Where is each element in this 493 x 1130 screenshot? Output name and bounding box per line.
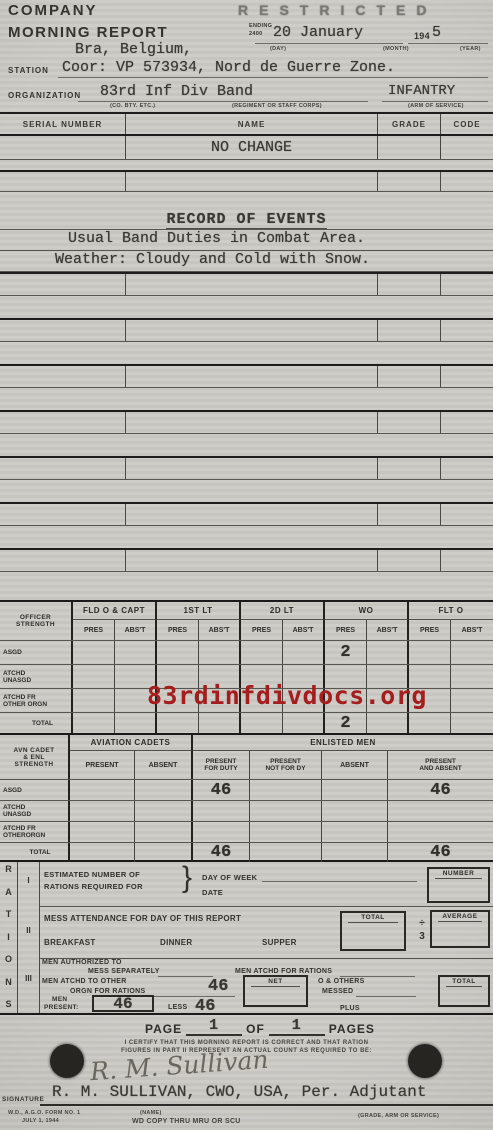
column-tick [377, 504, 378, 525]
enlisted-table-header: AVN CADET & ENL STRENGTH AVIATION CADETS… [0, 735, 493, 779]
serial-cell [0, 136, 125, 159]
part-i-numeral: I [18, 876, 39, 885]
form-title-line2: MORNING REPORT [8, 24, 168, 41]
sub-year: (YEAR) [460, 46, 481, 52]
cell [199, 713, 241, 733]
code-cell [440, 136, 493, 159]
cell [135, 780, 193, 800]
mess-separately-label: MESS SEPARATELY [88, 968, 160, 975]
supper-label: SUPPER [262, 938, 297, 947]
officer-table-header: OFFICER STRENGTH FLD O & CAPT 1ST LT 2D … [0, 602, 493, 640]
column-tick [125, 320, 126, 341]
subheader-pres: PRES [73, 620, 115, 640]
subheader-pres: PRES [325, 620, 367, 640]
organization-arm: INFANTRY [388, 83, 455, 99]
messed-line [356, 996, 416, 997]
date-underline [255, 43, 403, 44]
cell [250, 780, 322, 800]
enlisted-row-atchd-unasgd: ATCHD UNASGD [0, 800, 493, 821]
events-title: RECORD OF EVENTS [166, 211, 326, 229]
men-present-box: 46 [92, 995, 154, 1012]
column-tick [440, 504, 441, 525]
vletter: T [6, 909, 12, 919]
events-title-row: RECORD OF EVENTS [0, 210, 493, 230]
cell [241, 641, 283, 664]
atchd-other-value: 46 [208, 977, 228, 996]
cell: 2 [325, 713, 367, 733]
cell [135, 843, 193, 862]
form-number-line-2: JULY 1, 1944 [22, 1118, 59, 1124]
number-box: NUMBER [427, 867, 490, 903]
subheader-abst: ABS'T [199, 620, 241, 640]
ending-time: 2400 [249, 31, 262, 37]
column-tick [125, 458, 126, 479]
blank-events-row [0, 548, 493, 594]
part-iii-numeral: III [18, 974, 39, 983]
signature-line [40, 1104, 493, 1106]
rations-section: R A T I O N S I II III ESTIMATED NUMBER … [0, 862, 493, 1015]
column-tick [125, 412, 126, 433]
sub-day: (DAY) [270, 46, 286, 52]
blank-roster-row [0, 170, 493, 192]
atchd-rations-line [340, 976, 415, 977]
men-atchd-other-label-1: MEN ATCHD TO OTHER [42, 978, 127, 985]
station-value: Coor: VP 573934, Nord de Guerre Zone. [62, 59, 395, 76]
cell [367, 641, 409, 664]
net-box: NET [243, 975, 308, 1007]
location-value: Bra, Belgium, [75, 41, 192, 58]
present-label: PRESENT: [44, 1004, 79, 1011]
cell [451, 641, 493, 664]
cell [388, 801, 493, 821]
cell [115, 713, 157, 733]
column-tick [440, 274, 441, 295]
page-label: PAGE [145, 1022, 182, 1036]
cell [451, 665, 493, 688]
men-label: MEN [52, 996, 67, 1003]
column-tick [377, 550, 378, 571]
row-label: ASGD [0, 780, 70, 800]
cell [451, 713, 493, 733]
pages-label: PAGES [329, 1022, 375, 1036]
watermark: 83rdinfdivdocs.org [147, 681, 427, 710]
blank-row-inner [0, 274, 493, 296]
blank-events-row [0, 318, 493, 364]
cell [73, 665, 115, 688]
divisor: 3 [416, 930, 428, 943]
cell [157, 641, 199, 664]
day-of-week-line [262, 881, 417, 882]
column-tick [125, 366, 126, 387]
cell [70, 843, 135, 862]
enlisted-row-total: TOTAL 4646 [0, 842, 493, 860]
cell [283, 713, 325, 733]
blank-row-inner [0, 550, 493, 572]
cell [199, 641, 241, 664]
average-box: AVERAGE [430, 910, 490, 948]
cell [70, 822, 135, 842]
organization-label: ORGANIZATION [8, 91, 81, 100]
subheader-pres: PRES [241, 620, 283, 640]
atchd-other-line [140, 996, 235, 997]
cell [250, 801, 322, 821]
cell [250, 843, 322, 862]
officer-corner-label: OFFICER STRENGTH [0, 602, 73, 640]
subheader-pres: PRES [157, 620, 199, 640]
copy-note: WD COPY THRU MRU OR SCU [132, 1118, 241, 1125]
form-header: COMPANY RESTRICTED MORNING REPORT ENDING… [0, 0, 493, 112]
cell [409, 641, 451, 664]
events-line-1: Usual Band Duties in Combat Area. [0, 230, 493, 251]
cell: 46 [388, 780, 493, 800]
enlisted-row-asgd: ASGD 4646 [0, 779, 493, 800]
cell [73, 689, 115, 712]
blank-events-row [0, 272, 493, 318]
cell [241, 713, 283, 733]
enlisted-row-atchd-fr-other: ATCHD FR OTHERORGN [0, 821, 493, 842]
classification-stamp: RESTRICTED [238, 2, 437, 18]
subheader-abst: ABS'T [367, 620, 409, 640]
year-printed: 194 [414, 31, 430, 41]
rations-part-3: MEN AUTHORIZED TO MESS SEPARATELY MEN AT… [40, 959, 493, 1013]
grade-cell [377, 136, 440, 159]
ending-label: ENDING [249, 23, 272, 29]
cell [193, 801, 250, 821]
column-tick [125, 274, 126, 295]
column-tick [440, 412, 441, 433]
col-name: NAME [125, 114, 377, 134]
row-label: ATCHD UNASGD [0, 801, 70, 821]
column-tick [377, 172, 378, 191]
record-of-events-section: RECORD OF EVENTS Usual Band Duties in Co… [0, 210, 493, 600]
cell [73, 713, 115, 733]
cell [115, 641, 157, 664]
year-typed: 5 [432, 24, 441, 41]
cell [135, 822, 193, 842]
page-value: 1 [186, 1017, 242, 1036]
year-underline [408, 43, 488, 44]
subheader-abst: ABS'T [115, 620, 157, 640]
station-underline [58, 77, 488, 78]
no-change-entry: NO CHANGE [125, 136, 377, 159]
men-atchd-other-label-2: ORGN FOR RATIONS [70, 988, 145, 995]
blank-events-row [0, 502, 493, 548]
cell [388, 822, 493, 842]
column-tick [377, 412, 378, 433]
col-present-for-duty: PRESENT FOR DUTY [193, 751, 250, 779]
col-present-and-absent: PRESENT AND ABSENT [388, 751, 493, 779]
divide-by-three: ÷ 3 [416, 917, 428, 943]
cell [250, 822, 322, 842]
column-tick [125, 504, 126, 525]
form-number-line-1: W.D., A.G.O. FORM NO. 1 [8, 1110, 80, 1116]
events-line-2: Weather: Cloudy and Cold with Snow. [0, 251, 493, 272]
column-tick [377, 458, 378, 479]
pages-value: 1 [269, 1017, 325, 1036]
organization-value: 83rd Inf Div Band [100, 83, 253, 100]
vletter: N [5, 977, 12, 987]
cell [451, 689, 493, 712]
cell [367, 713, 409, 733]
cell [193, 822, 250, 842]
group-flt-o: FLT O [409, 602, 493, 620]
punch-hole-right [408, 1044, 442, 1078]
blank-row-inner [0, 320, 493, 342]
sub-arm-of-service: (ARM OF SERVICE) [408, 103, 464, 109]
arm-underline [382, 101, 488, 102]
cell: 46 [193, 780, 250, 800]
roster-section: SERIAL NUMBER NAME GRADE CODE NO CHANGE [0, 112, 493, 210]
roster-header-row: SERIAL NUMBER NAME GRADE CODE [0, 114, 493, 136]
less-value: 46 [195, 997, 215, 1016]
cell [409, 713, 451, 733]
total-box-part3-label: TOTAL [446, 978, 482, 987]
rations-vertical-label: R A T I O N S [0, 864, 17, 1009]
col-present: PRESENT [70, 751, 135, 779]
column-tick [440, 320, 441, 341]
blank-events-row [0, 456, 493, 502]
group-aviation-cadets: AVIATION CADETS [70, 735, 193, 751]
roster-gap [0, 160, 493, 170]
group-fldo-capt: FLD O & CAPT [73, 602, 157, 620]
row-label: ATCHD UNASGD [0, 665, 73, 688]
blank-events-row [0, 364, 493, 410]
col-absent: ABSENT [135, 751, 193, 779]
vletter: O [5, 954, 12, 964]
col-grade: GRADE [377, 114, 440, 134]
officer-row-asgd: ASGD 2 [0, 640, 493, 664]
sub-regiment: (REGIMENT OR STAFF CORPS) [232, 103, 322, 109]
estimated-label-2: RATIONS REQUIRED FOR [44, 882, 143, 891]
cell [322, 780, 388, 800]
mess-attendance-title: MESS ATTENDANCE FOR DAY OF THIS REPORT [44, 914, 241, 923]
men-authorized-label: MEN AUTHORIZED TO [42, 959, 122, 966]
men-atchd-for-rations-label: MEN ATCHD FOR RATIONS [235, 968, 332, 975]
cell [70, 801, 135, 821]
total-box-label: TOTAL [348, 914, 398, 923]
number-box-label: NUMBER [435, 870, 482, 879]
rations-part-2: MESS ATTENDANCE FOR DAY OF THIS REPORT B… [40, 907, 493, 959]
cell [322, 843, 388, 862]
name-sublabel: (NAME) [140, 1110, 162, 1116]
organization-underline [78, 101, 368, 102]
sub-month: (MONTH) [383, 46, 409, 52]
part-ii-numeral: II [18, 926, 39, 935]
cell [157, 713, 199, 733]
date-label: DATE [202, 888, 223, 897]
col-absent-enlisted: ABSENT [322, 751, 388, 779]
row-label: ASGD [0, 641, 73, 664]
officer-strength-table: OFFICER STRENGTH FLD O & CAPT 1ST LT 2D … [0, 600, 493, 735]
station-label: STATION [8, 66, 49, 75]
blank-row-inner [0, 458, 493, 480]
signature-typed: R. M. SULLIVAN, CWO, USA, Per. Adjutant [52, 1083, 426, 1101]
of-label: OF [246, 1022, 265, 1036]
column-tick [125, 172, 126, 191]
signature-label: SIGNATURE [2, 1096, 44, 1103]
total-box-part3: TOTAL [438, 975, 490, 1007]
group-wo: WO [325, 602, 409, 620]
blank-row-inner [0, 172, 493, 192]
column-tick [440, 458, 441, 479]
column-tick [440, 366, 441, 387]
less-label: LESS [168, 1004, 187, 1011]
column-tick [377, 320, 378, 341]
enlisted-corner-label: AVN CADET & ENL STRENGTH [0, 735, 70, 779]
subheader-abst: ABS'T [451, 620, 493, 640]
cell [322, 801, 388, 821]
column-tick [440, 550, 441, 571]
column-tick [125, 550, 126, 571]
column-tick [377, 366, 378, 387]
report-date-value: 20 January [273, 24, 363, 41]
roster-entry-row: NO CHANGE [0, 136, 493, 160]
column-tick [377, 274, 378, 295]
cell: 46 [388, 843, 493, 862]
group-2d-lt: 2D LT [241, 602, 325, 620]
col-code: CODE [440, 114, 493, 134]
morning-report-document: COMPANY RESTRICTED MORNING REPORT ENDING… [0, 0, 493, 1130]
cell [322, 822, 388, 842]
blank-row-inner [0, 412, 493, 434]
enlisted-strength-table: AVN CADET & ENL STRENGTH AVIATION CADETS… [0, 735, 493, 862]
subheader-pres: PRES [409, 620, 451, 640]
cell [135, 801, 193, 821]
day-of-week-label: DAY OF WEEK [202, 873, 257, 882]
blank-events-row [0, 410, 493, 456]
row-label: ATCHD FR OTHERORGN [0, 822, 70, 842]
col-present-not-for-dy: PRESENT NOT FOR DY [250, 751, 322, 779]
rations-part-1: ESTIMATED NUMBER OF RATIONS REQUIRED FOR… [40, 862, 493, 907]
page-line: PAGE 1 OF 1 PAGES [145, 1017, 375, 1036]
cell: 2 [325, 641, 367, 664]
divide-sign: ÷ [416, 917, 428, 930]
grade-sublabel: (GRADE, ARM OR SERVICE) [358, 1113, 439, 1119]
vletter: S [5, 999, 11, 1009]
cell [70, 780, 135, 800]
estimated-label-1: ESTIMATED NUMBER OF [44, 870, 140, 879]
row-label: ATCHD FR OTHER ORGN [0, 689, 73, 712]
vletter: A [5, 887, 12, 897]
cell [283, 641, 325, 664]
row-label: TOTAL [0, 713, 73, 733]
mess-separately-line [158, 976, 213, 977]
blank-row-inner [0, 366, 493, 388]
men-present-value: 46 [94, 997, 152, 1010]
blank-row-inner [0, 504, 493, 526]
vletter: I [7, 932, 10, 942]
total-box: TOTAL [340, 911, 406, 951]
plus-label: PLUS [340, 1005, 360, 1012]
o-and-others-label: O & OTHERS [318, 978, 365, 985]
average-box-label: AVERAGE [438, 913, 482, 922]
vletter: R [5, 864, 12, 874]
form-title-line1: COMPANY [8, 2, 98, 19]
breakfast-label: BREAKFAST [44, 938, 96, 947]
punch-hole-left [50, 1044, 84, 1078]
cell [73, 641, 115, 664]
officer-row-total: TOTAL 2 [0, 712, 493, 733]
subheader-abst: ABS'T [283, 620, 325, 640]
cell: 46 [193, 843, 250, 862]
sub-company: (CO. BTY. ETC.) [110, 103, 155, 109]
row-label: TOTAL [0, 843, 70, 862]
group-1st-lt: 1ST LT [157, 602, 241, 620]
net-box-label: NET [251, 978, 300, 987]
column-tick [440, 172, 441, 191]
group-enlisted-men: ENLISTED MEN [193, 735, 493, 751]
col-serial-number: SERIAL NUMBER [0, 114, 125, 134]
brace: } [182, 861, 192, 895]
messed-label: MESSED [322, 988, 353, 995]
dinner-label: DINNER [160, 938, 192, 947]
